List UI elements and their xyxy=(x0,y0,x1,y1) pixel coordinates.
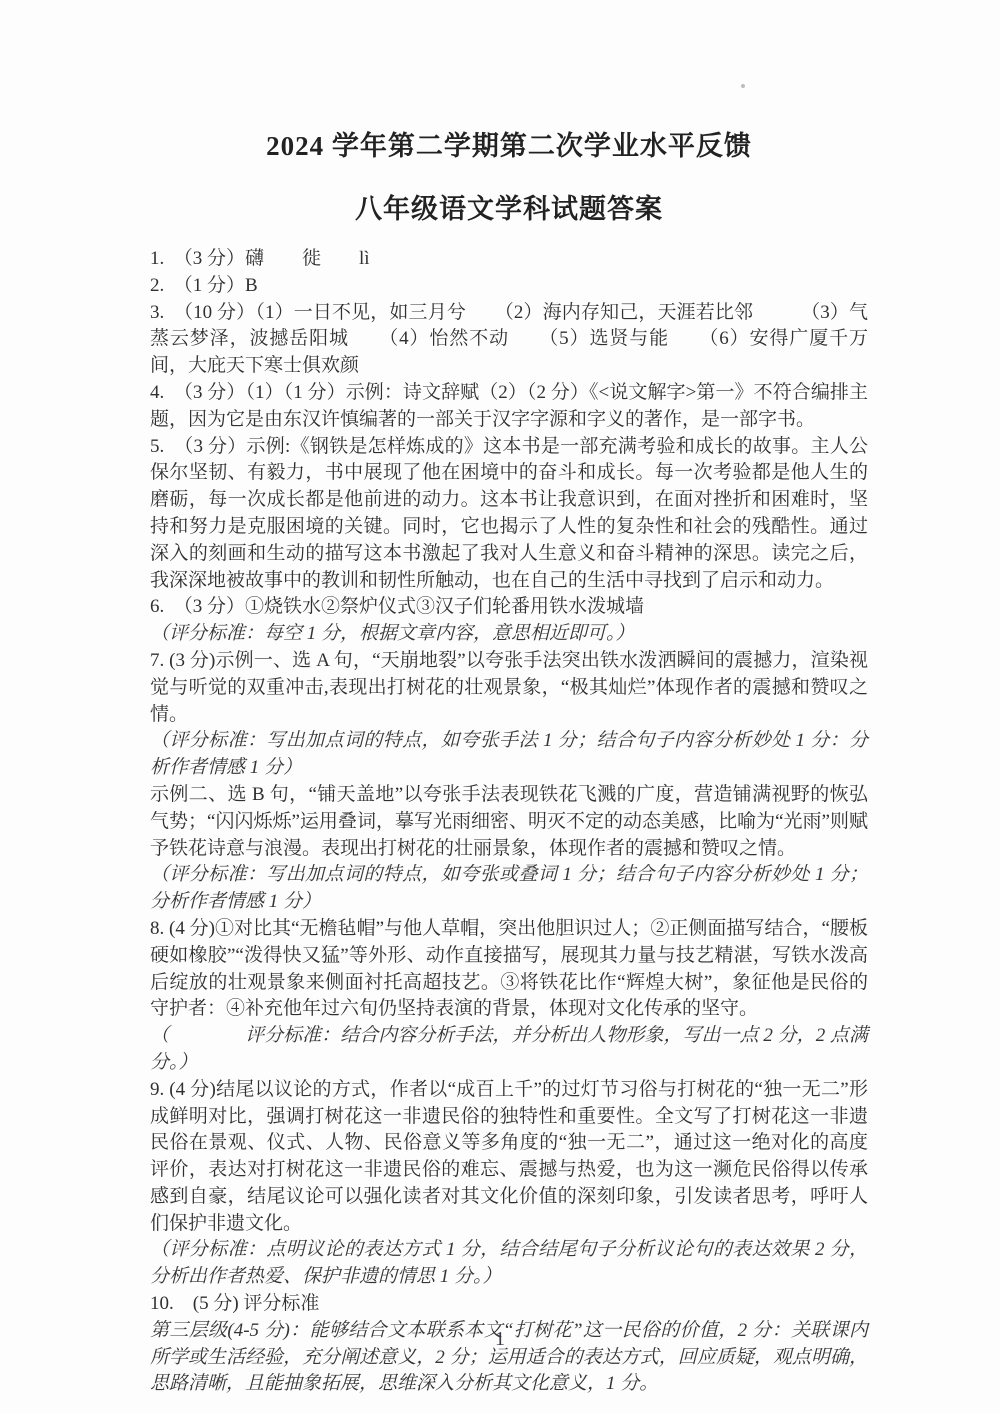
page-number: 1 xyxy=(0,1328,1000,1351)
answer-item-3: 3. （10 分）（1）一日不见，如三月兮 （2）海内存知己，天涯若比邻 （3）… xyxy=(150,300,868,380)
scoring-rubric-item-9: （评分标准：点明议论的表达方式 1 分，结合结尾句子分析议论句的表达效果 2 分… xyxy=(150,1237,868,1291)
scoring-rubric-item-8: （ 评分标准：结合内容分析手法，并分析出人物形象，写出一点 2 分，2 点满分。… xyxy=(150,1023,868,1077)
scoring-rubric-item-7-example-1: （评分标准：写出加点词的特点，如夸张手法 1 分；结合句子内容分析妙处 1 分：… xyxy=(150,728,868,782)
stray-mark xyxy=(741,84,745,88)
answer-item-8: 8. (4 分)①对比其“无檐毡帽”与他人草帽，突出他胆识过人；②正侧面描写结合… xyxy=(150,916,868,1023)
answer-item-4: 4. （3 分）（1）（1 分）示例：诗文辞赋（2）（2 分）《<说文解字>第一… xyxy=(150,380,868,434)
answer-item-6: 6. （3 分）①烧铁水②祭炉仪式③汉子们轮番用铁水泼城墙 xyxy=(150,594,868,621)
document-subtitle: 八年级语文学科试题答案 xyxy=(150,187,868,226)
answer-item-7-example-2: 示例二、选 B 句，“铺天盖地”以夸张手法表现铁花飞溅的广度，营造铺满视野的恢弘… xyxy=(150,782,868,862)
answer-item-1: 1. （3 分）礴 徙 lì xyxy=(150,246,868,273)
answer-item-2: 2. （1 分）B xyxy=(150,273,868,300)
scoring-rubric-item-7-example-2: （评分标准：写出加点词的特点，如夸张或叠词 1 分；结合句子内容分析妙处 1 分… xyxy=(150,862,868,916)
document-page: 2024 学年第二学期第二次学业水平反馈 八年级语文学科试题答案 1. （3 分… xyxy=(0,0,1000,1414)
scoring-rubric-item-6: （评分标准：每空 1 分，根据文章内容，意思相近即可。） xyxy=(150,621,868,648)
document-content: 2024 学年第二学期第二次学业水平反馈 八年级语文学科试题答案 1. （3 分… xyxy=(150,124,868,1398)
answer-item-5: 5. （3 分）示例:《钢铁是怎样炼成的》这本书是一部充满考验和成长的故事。主人… xyxy=(150,434,868,595)
answer-item-9: 9. (4 分)结尾以议论的方式，作者以“成百上千”的过灯节习俗与打树花的“独一… xyxy=(150,1077,868,1238)
answer-item-7-example-1: 7. (3 分)示例一、选 A 句，“天崩地裂”以夸张手法突出铁水泼洒瞬间的震撼… xyxy=(150,648,868,728)
document-title: 2024 学年第二学期第二次学业水平反馈 xyxy=(150,124,868,163)
answer-item-10: 10. (5 分) 评分标准 xyxy=(150,1291,868,1318)
